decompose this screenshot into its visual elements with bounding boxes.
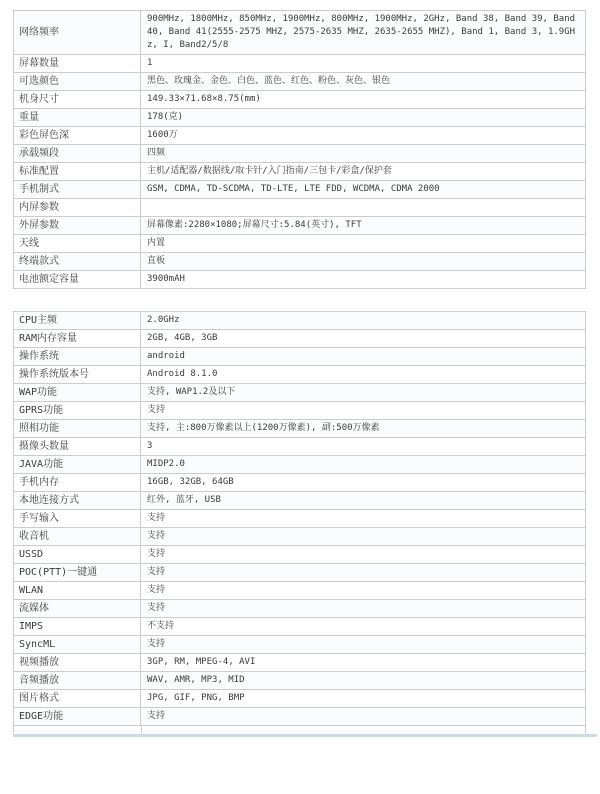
spec-value: 支持 — [141, 564, 586, 582]
spec-label: 视频播放 — [14, 654, 141, 672]
table-row: WLAN支持 — [14, 582, 586, 600]
table-row: 可选颜色黑色、玫瑰金、金色、白色、蓝色、红色、粉色、灰色、银色 — [14, 73, 586, 91]
spec-label: 本地连接方式 — [14, 492, 141, 510]
page-bottom-divider — [13, 734, 597, 737]
feature-spec-table-body: CPU主频2.0GHzRAM内存容量2GB, 4GB, 3GB操作系统andro… — [14, 312, 586, 726]
spec-label: EDGE功能 — [14, 708, 141, 726]
table-row: 天线内置 — [14, 235, 586, 253]
table-row: JAVA功能MIDP2.0 — [14, 456, 586, 474]
column-divider — [141, 726, 142, 733]
spec-value: 3900mAH — [141, 271, 586, 289]
spec-value: 不支持 — [141, 618, 586, 636]
table-row: 机身尺寸149.33×71.68×8.75(mm) — [14, 91, 586, 109]
spec-label: 摄像头数量 — [14, 438, 141, 456]
spec-label: 操作系统 — [14, 348, 141, 366]
table-row: 手写输入支持 — [14, 510, 586, 528]
table-row: 本地连接方式红外, 蓝牙, USB — [14, 492, 586, 510]
table-row: 手机制式GSM, CDMA, TD-SCDMA, TD-LTE, LTE FDD… — [14, 181, 586, 199]
spec-value: WAV, AMR, MP3, MID — [141, 672, 586, 690]
spec-value: 支持 — [141, 510, 586, 528]
spec-value: 主机/适配器/数据线/取卡针/入门指南/三包卡/彩盒/保护套 — [141, 163, 586, 181]
spec-label: 屏幕数量 — [14, 55, 141, 73]
basic-spec-table: 网络频率900MHz, 1800MHz, 850MHz, 1900MHz, 80… — [13, 10, 586, 289]
table-row: 彩色屏色深1600万 — [14, 127, 586, 145]
table-row: 外屏参数屏幕像素:2280×1080;屏幕尺寸:5.84(英寸), TFT — [14, 217, 586, 235]
spec-label: SyncML — [14, 636, 141, 654]
spec-label: 机身尺寸 — [14, 91, 141, 109]
spec-value: 支持 — [141, 402, 586, 420]
spec-label: USSD — [14, 546, 141, 564]
table-row: RAM内存容量2GB, 4GB, 3GB — [14, 330, 586, 348]
table-row: EDGE功能支持 — [14, 708, 586, 726]
table-row: 内屏参数 — [14, 199, 586, 217]
spec-label: JAVA功能 — [14, 456, 141, 474]
table-row: 网络频率900MHz, 1800MHz, 850MHz, 1900MHz, 80… — [14, 11, 586, 55]
spec-label: 标准配置 — [14, 163, 141, 181]
spec-value: 支持, 主:800万像素以上(1200万像素), 副:500万像素 — [141, 420, 586, 438]
table-row: WAP功能支持, WAP1.2及以下 — [14, 384, 586, 402]
spec-value: 3 — [141, 438, 586, 456]
spec-label: 音频播放 — [14, 672, 141, 690]
spec-value: 178(克) — [141, 109, 586, 127]
spec-value: 900MHz, 1800MHz, 850MHz, 1900MHz, 800MHz… — [141, 11, 586, 55]
spec-label: WLAN — [14, 582, 141, 600]
spec-value: Android 8.1.0 — [141, 366, 586, 384]
spec-value — [141, 199, 586, 217]
spec-value: 支持, WAP1.2及以下 — [141, 384, 586, 402]
spec-label: 重量 — [14, 109, 141, 127]
spec-label: 流媒体 — [14, 600, 141, 618]
spec-label: 可选颜色 — [14, 73, 141, 91]
spec-value: MIDP2.0 — [141, 456, 586, 474]
spec-value: 16GB, 32GB, 64GB — [141, 474, 586, 492]
spec-label: 图片格式 — [14, 690, 141, 708]
spec-label: 电池额定容量 — [14, 271, 141, 289]
spec-value: 1600万 — [141, 127, 586, 145]
spec-label: CPU主频 — [14, 312, 141, 330]
spec-value: 内置 — [141, 235, 586, 253]
spec-label: POC(PTT)一键通 — [14, 564, 141, 582]
spec-value: 3GP, RM, MPEG-4, AVI — [141, 654, 586, 672]
table-row: 照相功能支持, 主:800万像素以上(1200万像素), 副:500万像素 — [14, 420, 586, 438]
spec-label: 内屏参数 — [14, 199, 141, 217]
spec-value: 屏幕像素:2280×1080;屏幕尺寸:5.84(英寸), TFT — [141, 217, 586, 235]
table-row: USSD支持 — [14, 546, 586, 564]
spec-label: 操作系统版本号 — [14, 366, 141, 384]
spec-label: 网络频率 — [14, 11, 141, 55]
spec-value: 四频 — [141, 145, 586, 163]
spec-label: 彩色屏色深 — [14, 127, 141, 145]
spec-label: 手机制式 — [14, 181, 141, 199]
table-row: 电池额定容量3900mAH — [14, 271, 586, 289]
table-row: SyncML支持 — [14, 636, 586, 654]
basic-spec-table-body: 网络频率900MHz, 1800MHz, 850MHz, 1900MHz, 80… — [14, 11, 586, 289]
spec-label: IMPS — [14, 618, 141, 636]
table-row: 重量178(克) — [14, 109, 586, 127]
spec-label: WAP功能 — [14, 384, 141, 402]
spec-label: 天线 — [14, 235, 141, 253]
spec-page: 网络频率900MHz, 1800MHz, 850MHz, 1900MHz, 80… — [0, 0, 600, 794]
table-row: 流媒体支持 — [14, 600, 586, 618]
spec-label: 终端款式 — [14, 253, 141, 271]
table-row: 图片格式JPG, GIF, PNG, BMP — [14, 690, 586, 708]
truncated-next-row — [13, 726, 586, 733]
spec-value: 1 — [141, 55, 586, 73]
spec-value: JPG, GIF, PNG, BMP — [141, 690, 586, 708]
table-row: CPU主频2.0GHz — [14, 312, 586, 330]
spec-label: 承载频段 — [14, 145, 141, 163]
spec-value: 直板 — [141, 253, 586, 271]
spec-value: 支持 — [141, 636, 586, 654]
table-row: 音频播放WAV, AMR, MP3, MID — [14, 672, 586, 690]
spec-value: 支持 — [141, 528, 586, 546]
spec-label: GPRS功能 — [14, 402, 141, 420]
spec-value: GSM, CDMA, TD-SCDMA, TD-LTE, LTE FDD, WC… — [141, 181, 586, 199]
spec-value: 支持 — [141, 546, 586, 564]
table-row: 视频播放3GP, RM, MPEG-4, AVI — [14, 654, 586, 672]
spec-label: 外屏参数 — [14, 217, 141, 235]
spec-label: 收音机 — [14, 528, 141, 546]
table-row: 操作系统版本号Android 8.1.0 — [14, 366, 586, 384]
table-row: 屏幕数量1 — [14, 55, 586, 73]
spec-label: 手机内存 — [14, 474, 141, 492]
table-row: 承载频段四频 — [14, 145, 586, 163]
table-row: POC(PTT)一键通支持 — [14, 564, 586, 582]
table-row: 终端款式直板 — [14, 253, 586, 271]
table-row: GPRS功能支持 — [14, 402, 586, 420]
table-row: 操作系统android — [14, 348, 586, 366]
spec-value: 红外, 蓝牙, USB — [141, 492, 586, 510]
spec-value: android — [141, 348, 586, 366]
spec-value: 支持 — [141, 600, 586, 618]
spec-label: 手写输入 — [14, 510, 141, 528]
table-row: IMPS不支持 — [14, 618, 586, 636]
feature-spec-table: CPU主频2.0GHzRAM内存容量2GB, 4GB, 3GB操作系统andro… — [13, 311, 586, 726]
spec-value: 149.33×71.68×8.75(mm) — [141, 91, 586, 109]
table-row: 摄像头数量3 — [14, 438, 586, 456]
spec-value: 支持 — [141, 708, 586, 726]
spec-value: 黑色、玫瑰金、金色、白色、蓝色、红色、粉色、灰色、银色 — [141, 73, 586, 91]
spec-value: 2GB, 4GB, 3GB — [141, 330, 586, 348]
spec-value: 支持 — [141, 582, 586, 600]
spec-value: 2.0GHz — [141, 312, 586, 330]
table-row: 收音机支持 — [14, 528, 586, 546]
table-row: 手机内存16GB, 32GB, 64GB — [14, 474, 586, 492]
spec-label: 照相功能 — [14, 420, 141, 438]
spec-label: RAM内存容量 — [14, 330, 141, 348]
table-row: 标准配置主机/适配器/数据线/取卡针/入门指南/三包卡/彩盒/保护套 — [14, 163, 586, 181]
